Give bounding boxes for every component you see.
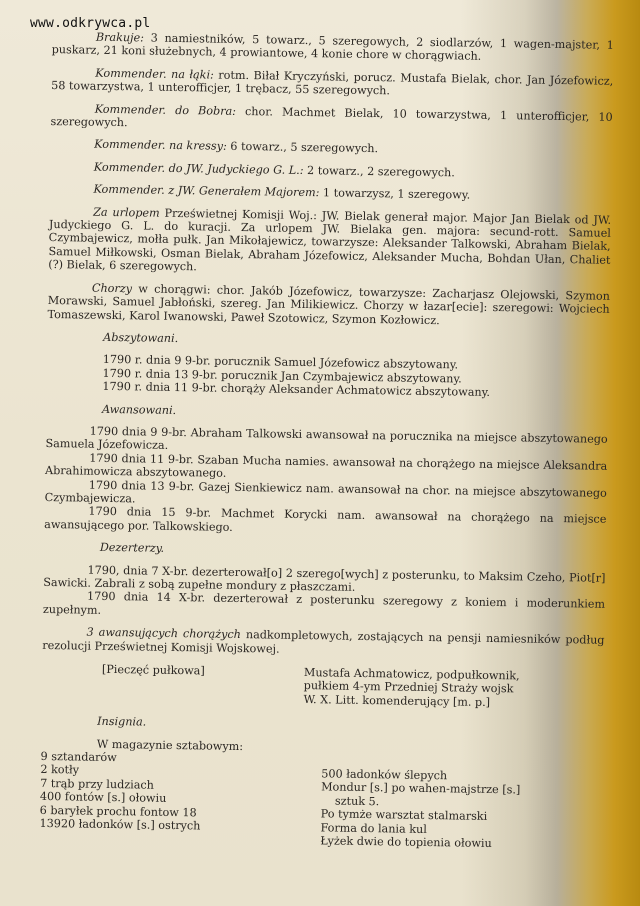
abszytowani-list: 1790 r. dnia 9 9-br. porucznik Samuel Jó… [46,352,609,401]
heading-dezerterzy: Dezerterzy. [100,541,606,562]
paragraph-chorzy: Chorzy w chorągwi: chor. Jakób Józefowic… [47,281,610,330]
paragraph-kressy: Kommender. na kressy: 6 towarz., 5 szere… [50,137,612,159]
dezerterzy-list: 1790, dnia 7 X-br. dezerterował[o] 2 sze… [43,563,606,625]
scanned-page: www.odkrywca.pl Brakuje: 3 namiestników,… [0,0,640,906]
insignia-right-list: 500 ładonków ślepych Mondur [s.] po wahe… [320,754,602,852]
paragraph-judyckiego: Kommender. do JW. Judyckiego G. L.: 2 to… [50,160,612,182]
insignia-left-list: 9 sztandarów 2 kotły 7 trąb przy ludziac… [39,750,321,848]
paragraph-nadkomplet: 3 awansujących chorążych nadkompletowych… [42,625,604,661]
document-body: Brakuje: 3 namiestników, 5 towarz., 5 sz… [39,30,614,852]
paragraph-generalem: Kommender. z JW. Generałem Majorem: 1 to… [49,182,611,204]
paragraph-brakuje: Brakuje: 3 namiestników, 5 towarz., 5 sz… [52,30,614,66]
awansowani-list: 1790 dnia 9 9-br. Abraham Talkowski awan… [44,424,608,540]
paragraph-laki: Kommender. na łąki: rotm. Biłał Kryczyńs… [51,66,613,102]
heading-abszytowani: Abszytowani. [103,331,609,352]
heading-awansowani: Awansowani. [102,402,608,423]
insignia-columns: 9 sztandarów 2 kotły 7 trąb przy ludziac… [39,750,602,852]
watermark: www.odkrywca.pl [30,16,150,31]
paragraph-bobra: Kommender. do Bobra: chor. Machmet Biela… [50,102,612,138]
signature-lines: Mustafa Achmatowicz, podpułkownik, pułki… [303,666,604,711]
seal-label: [Pieczęć pułkowa] [41,662,304,706]
paragraph-urlop: Za urlopem Prześwietnej Komisji Woj.: JW… [48,205,611,281]
